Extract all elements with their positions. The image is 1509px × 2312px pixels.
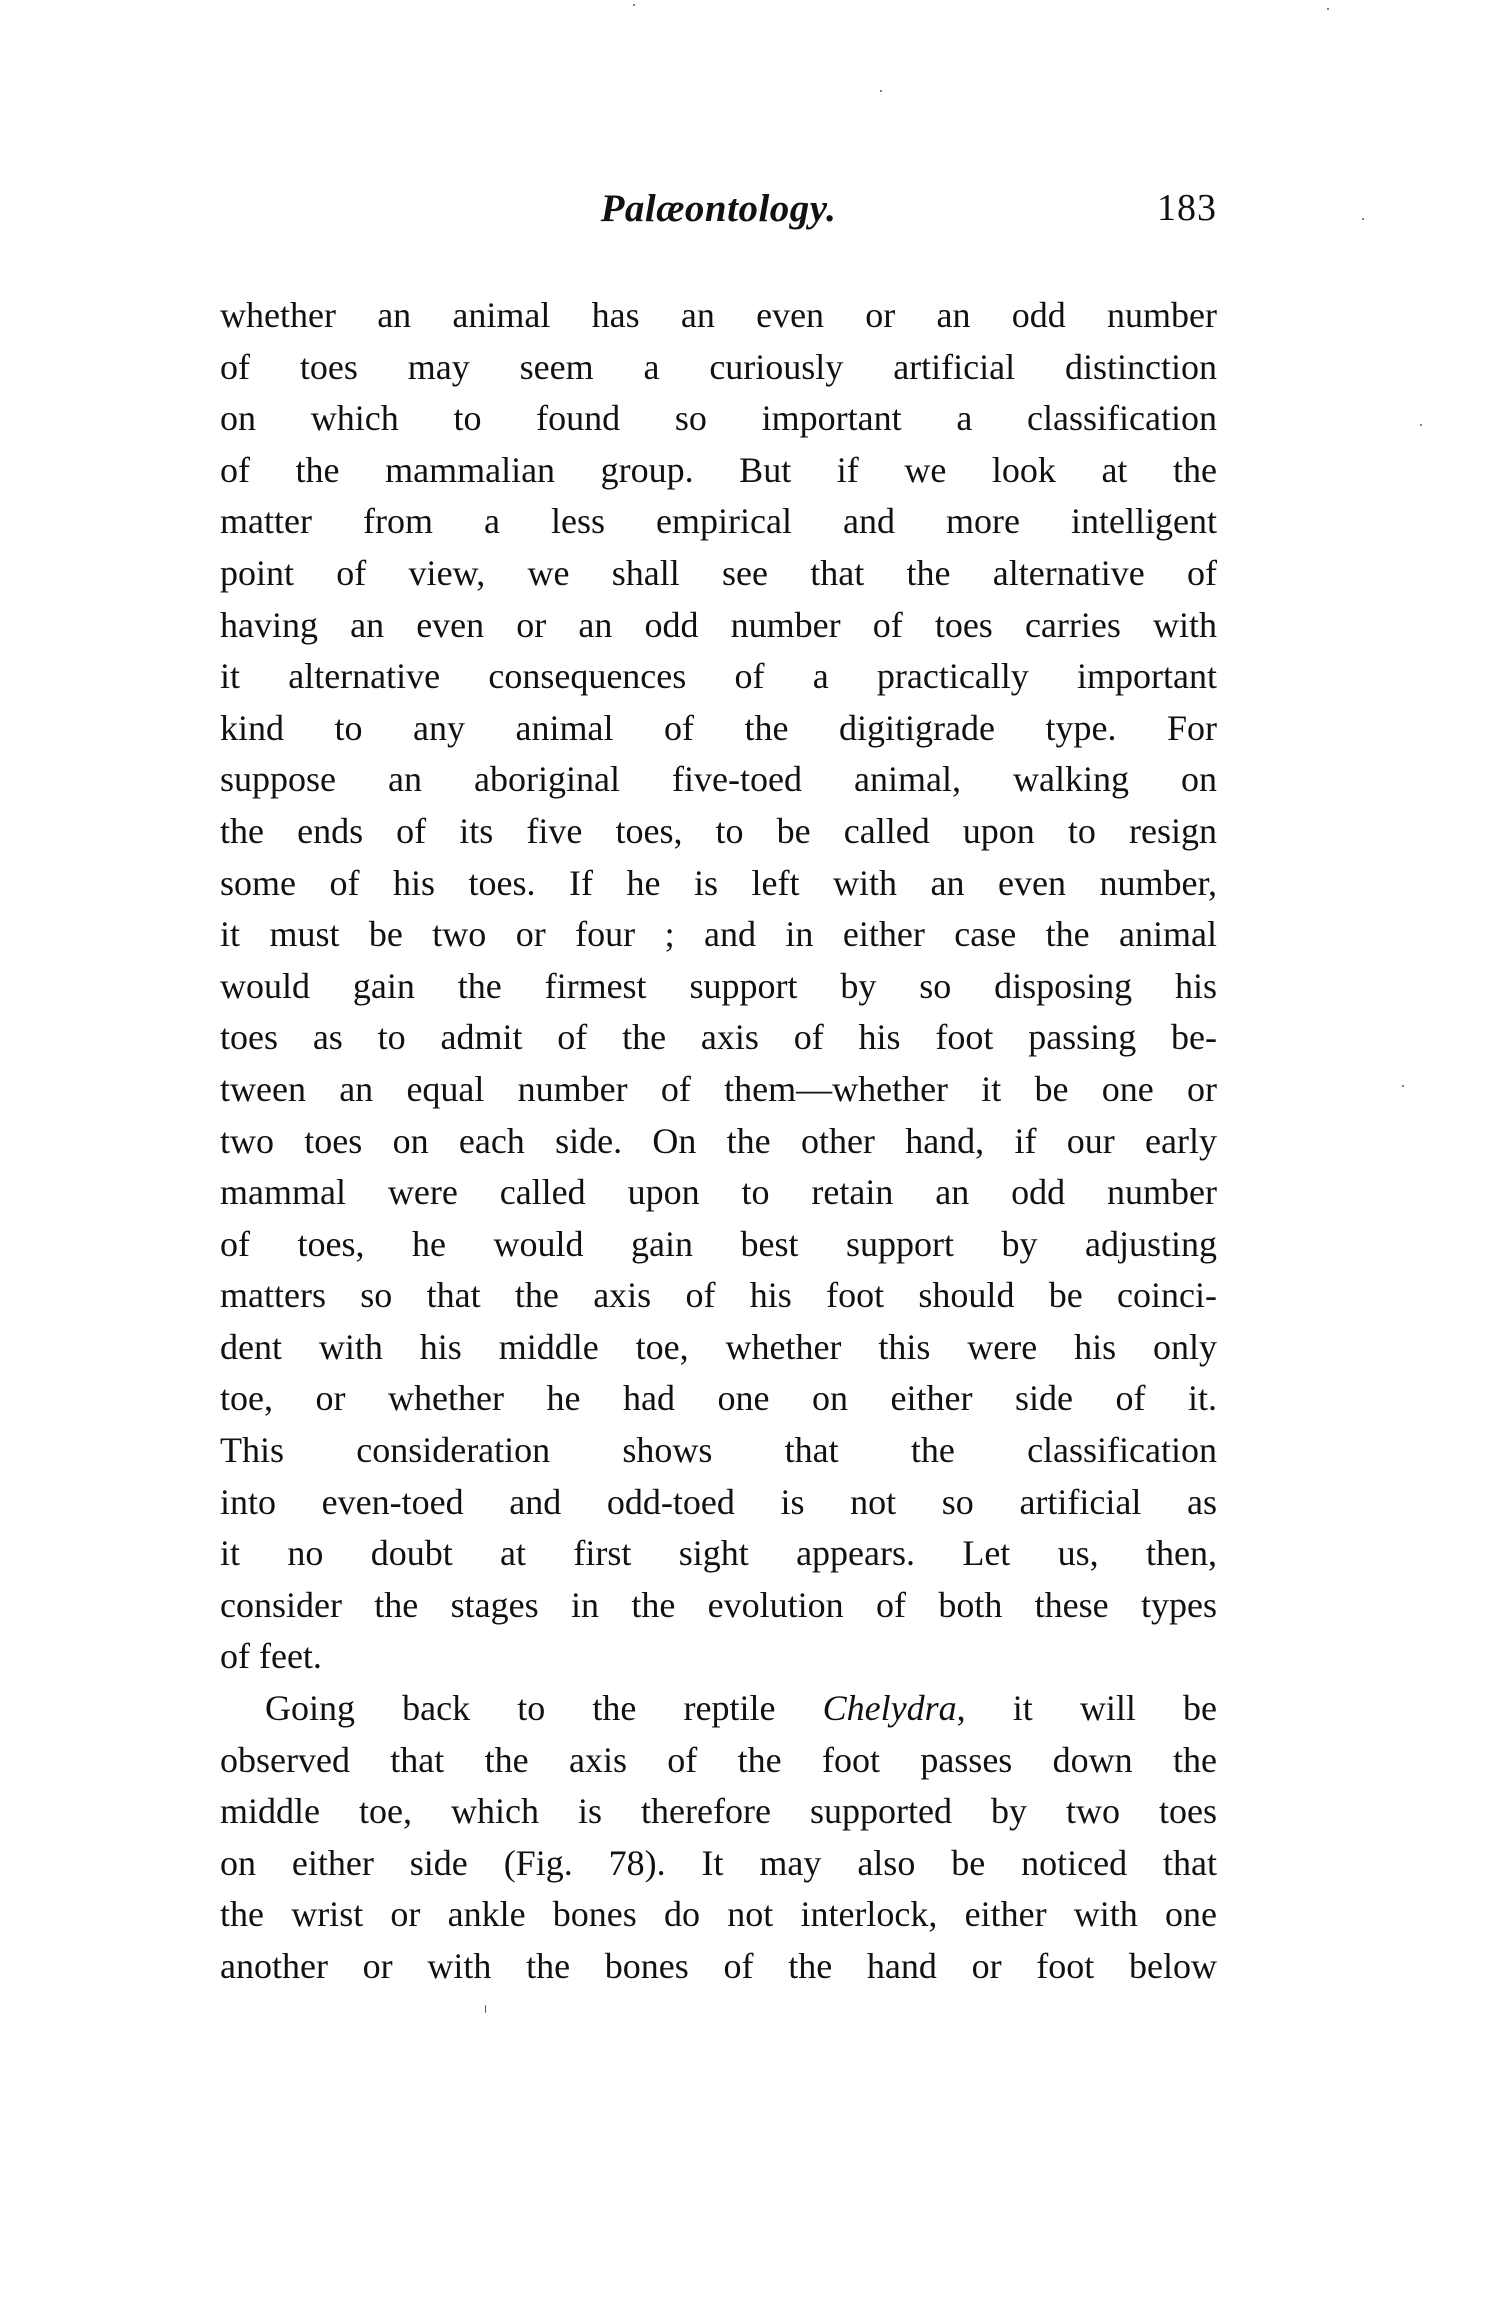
text-line: two toes on each side. On the other hand…: [220, 1116, 1217, 1168]
text-line: on which to found so important a classif…: [220, 393, 1217, 445]
text-line: would gain the firmest support by so dis…: [220, 961, 1217, 1013]
text-line: of toes may seem a curiously artificial …: [220, 342, 1217, 394]
scan-speck: [880, 90, 882, 92]
text-line: matters so that the axis of his foot sho…: [220, 1270, 1217, 1322]
italic-taxon-name: Chelydra: [823, 1688, 957, 1728]
text-line: of feet.: [220, 1631, 1217, 1683]
text-line: whether an animal has an even or an odd …: [220, 290, 1217, 342]
text-line: mammal were called upon to retain an odd…: [220, 1167, 1217, 1219]
text-line: tween an equal number of them—whether it…: [220, 1064, 1217, 1116]
text-line: middle toe, which is therefore supported…: [220, 1786, 1217, 1838]
text-line: another or with the bones of the hand or…: [220, 1941, 1217, 1993]
text-line: matter from a less empirical and more in…: [220, 496, 1217, 548]
text-line: it alternative consequences of a practic…: [220, 651, 1217, 703]
scan-speck: [633, 4, 635, 6]
text-line: toes as to admit of the axis of his foot…: [220, 1012, 1217, 1064]
text-line: having an even or an odd number of toes …: [220, 600, 1217, 652]
text-line: dent with his middle toe, whether this w…: [220, 1322, 1217, 1374]
text-line: the ends of its five toes, to be called …: [220, 806, 1217, 858]
scan-speck: [1362, 218, 1364, 220]
book-page: Palæontology. 183 whether an animal has …: [0, 0, 1509, 2312]
text-line: the wrist or ankle bones do not interloc…: [220, 1889, 1217, 1941]
text-run: , it will be: [957, 1688, 1217, 1728]
running-title: Palæontology.: [220, 186, 1217, 231]
text-line: on either side (Fig. 78). It may also be…: [220, 1838, 1217, 1890]
text-line: it must be two or four ; and in either c…: [220, 909, 1217, 961]
text-line: kind to any animal of the digitigrade ty…: [220, 703, 1217, 755]
running-head: Palæontology. 183: [220, 186, 1217, 246]
text-line: some of his toes. If he is left with an …: [220, 858, 1217, 910]
text-line: of toes, he would gain best support by a…: [220, 1219, 1217, 1271]
body-text: whether an animal has an even or an odd …: [220, 290, 1217, 1993]
page-number: 183: [1157, 186, 1217, 230]
scan-speck: [485, 2005, 486, 2013]
text-line: observed that the axis of the foot passe…: [220, 1735, 1217, 1787]
scan-speck: [1402, 1085, 1404, 1087]
text-line: point of view, we shall see that the alt…: [220, 548, 1217, 600]
text-line: of the mammalian group. But if we look a…: [220, 445, 1217, 497]
text-line: This consideration shows that the classi…: [220, 1425, 1217, 1477]
scan-speck: [1327, 8, 1329, 10]
text-line: it no doubt at first sight appears. Let …: [220, 1528, 1217, 1580]
text-line: consider the stages in the evolution of …: [220, 1580, 1217, 1632]
text-run: Going back to the reptile: [265, 1688, 823, 1728]
text-line: toe, or whether he had one on either sid…: [220, 1373, 1217, 1425]
text-line: Going back to the reptile Chelydra, it w…: [220, 1683, 1217, 1735]
text-line: suppose an aboriginal five-toed animal, …: [220, 754, 1217, 806]
text-line: into even-toed and odd-toed is not so ar…: [220, 1477, 1217, 1529]
scan-speck: [1420, 424, 1422, 426]
